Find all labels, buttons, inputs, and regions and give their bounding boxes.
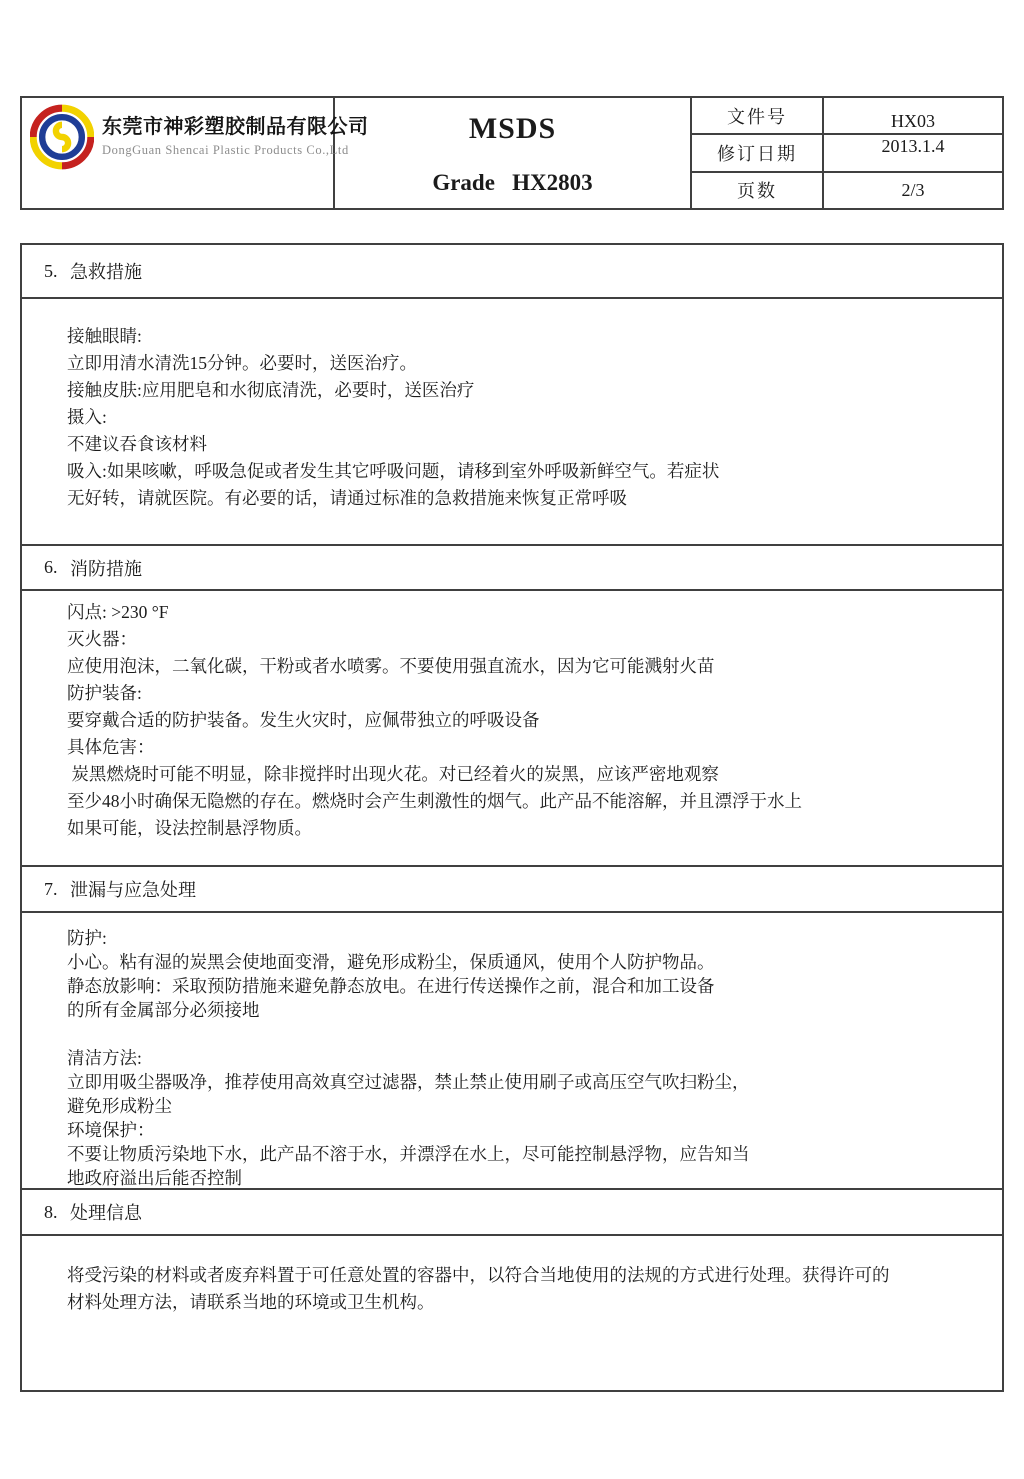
text-line: 吸入:如果咳嗽，呼吸急促或者发生其它呼吸问题，请移到室外呼吸新鲜空气。若症状 [67, 458, 972, 485]
section-title: 急救措施 [70, 258, 142, 284]
text-line: 小心。粘有湿的炭黑会使地面变滑，避免形成粉尘，保质通风，使用个人防护物品。 [67, 950, 972, 974]
company-block: 东莞市神彩塑胶制品有限公司 DongGuan Shencai Plastic P… [22, 98, 335, 208]
meta-row-revision-date: 修订日期 2013.1.4 [692, 133, 1002, 170]
text-line: 不要让物质污染地下水，此产品不溶于水，并漂浮在水上，尽可能控制悬浮物，应告知当 [67, 1142, 972, 1166]
section-first-aid: 5. 急救措施 接触眼睛:立即用清水清洗15分钟。必要时，送医治疗。接触皮肤:应… [20, 243, 1004, 546]
section-number: 6. [44, 557, 70, 578]
meta-table: 文件号 HX03 修订日期 2013.1.4 页数 2/3 [692, 98, 1002, 208]
text-line: 地政府溢出后能否控制 [67, 1166, 972, 1190]
text-line: 环境保护： [67, 1118, 972, 1142]
text-line: 将受污染的材料或者废弃料置于可任意处置的容器中，以符合当地使用的法规的方式进行处… [67, 1262, 972, 1289]
text-line: 清洁方法: [67, 1046, 972, 1070]
sections-container: 5. 急救措施 接触眼睛:立即用清水清洗15分钟。必要时，送医治疗。接触皮肤:应… [20, 243, 1004, 1392]
text-line: 防护: [67, 926, 972, 950]
section-title: 消防措施 [70, 555, 142, 581]
section-leak-emergency-body: 防护:小心。粘有湿的炭黑会使地面变滑，避免形成粉尘，保质通风，使用个人防护物品。… [22, 913, 1002, 1190]
company-name-cn: 东莞市神彩塑胶制品有限公司 [102, 110, 369, 139]
section-first-aid-body: 接触眼睛:立即用清水清洗15分钟。必要时，送医治疗。接触皮肤:应用肥皂和水彻底清… [22, 299, 1002, 512]
text-line: 立即用吸尘器吸净，推荐使用高效真空过滤器，禁止禁止使用刷子或高压空气吹扫粉尘， [67, 1070, 972, 1094]
meta-row-page-count: 页数 2/3 [692, 171, 1002, 208]
section-disposal-info: 8. 处理信息 将受污染的材料或者废弃料置于可任意处置的容器中，以符合当地使用的… [20, 1188, 1004, 1392]
text-line: 立即用清水清洗15分钟。必要时，送医治疗。 [67, 350, 972, 377]
text-line: 材料处理方法，请联系当地的环境或卫生机构。 [67, 1289, 972, 1316]
meta-label-file-no: 文件号 [692, 98, 824, 133]
text-line: 具体危害： [67, 734, 972, 761]
text-line: 避免形成粉尘 [67, 1094, 972, 1118]
company-text: 东莞市神彩塑胶制品有限公司 DongGuan Shencai Plastic P… [102, 104, 369, 158]
document-header: 东莞市神彩塑胶制品有限公司 DongGuan Shencai Plastic P… [20, 96, 1004, 210]
section-leak-emergency: 7. 泄漏与应急处理 防护:小心。粘有湿的炭黑会使地面变滑，避免形成粉尘，保质通… [20, 865, 1004, 1190]
text-line: 接触眼睛: [67, 323, 972, 350]
text-line: 无好转，请就医院。有必要的话，请通过标准的急救措施来恢复正常呼吸 [67, 485, 972, 512]
section-title: 处理信息 [70, 1199, 142, 1225]
text-line: 接触皮肤:应用肥皂和水彻底清洗，必要时，送医治疗 [67, 377, 972, 404]
text-line: 要穿戴合适的防护装备。发生火灾时，应佩带独立的呼吸设备 [67, 707, 972, 734]
text-line: 防护装备: [67, 680, 972, 707]
company-logo-icon [30, 104, 94, 170]
doc-grade: Grade HX2803 [432, 170, 592, 196]
company-name-en: DongGuan Shencai Plastic Products Co.,Lt… [102, 143, 369, 158]
text-line [67, 1022, 972, 1046]
doc-title: MSDS [469, 112, 556, 146]
text-line: 不建议吞食该材料 [67, 431, 972, 458]
text-line: 摄入: [67, 404, 972, 431]
text-line: 灭火器： [67, 626, 972, 653]
text-line: 如果可能，设法控制悬浮物质。 [67, 815, 972, 842]
meta-label-page-count: 页数 [692, 173, 824, 208]
section-disposal-info-body: 将受污染的材料或者废弃料置于可任意处置的容器中，以符合当地使用的法规的方式进行处… [22, 1236, 1002, 1316]
meta-value-page-count: 2/3 [824, 173, 1002, 208]
title-block: MSDS Grade HX2803 [335, 98, 692, 208]
meta-value-file-no: HX03 [824, 98, 1002, 133]
section-fire-fighting-body: 闪点: >230 °F灭火器：应使用泡沫，二氧化碳，干粉或者水喷雾。不要使用强直… [22, 591, 1002, 842]
meta-row-file-no: 文件号 HX03 [692, 98, 1002, 133]
section-title: 泄漏与应急处理 [70, 876, 196, 902]
text-line: 静态放影响：采取预防措施来避免静态放电。在进行传送操作之前，混合和加工设备 [67, 974, 972, 998]
meta-label-revision-date: 修订日期 [692, 135, 824, 170]
section-number: 7. [44, 879, 70, 900]
text-line: 的所有金属部分必须接地 [67, 998, 972, 1022]
text-line: 应使用泡沫，二氧化碳，干粉或者水喷雾。不要使用强直流水，因为它可能溅射火苗 [67, 653, 972, 680]
meta-value-revision-date: 2013.1.4 [824, 135, 1002, 170]
text-line: 炭黑燃烧时可能不明显，除非搅拌时出现火花。对已经着火的炭黑，应该严密地观察 [67, 761, 972, 788]
text-line: 闪点: >230 °F [67, 599, 972, 626]
section-number: 8. [44, 1202, 70, 1223]
section-first-aid-header: 5. 急救措施 [22, 245, 1002, 299]
section-number: 5. [44, 261, 70, 282]
section-leak-emergency-header: 7. 泄漏与应急处理 [22, 867, 1002, 913]
section-disposal-info-header: 8. 处理信息 [22, 1190, 1002, 1236]
section-fire-fighting: 6. 消防措施 闪点: >230 °F灭火器：应使用泡沫，二氧化碳，干粉或者水喷… [20, 544, 1004, 867]
section-fire-fighting-header: 6. 消防措施 [22, 546, 1002, 591]
text-line: 至少48小时确保无隐燃的存在。燃烧时会产生刺激性的烟气。此产品不能溶解，并且漂浮… [67, 788, 972, 815]
msds-page: 东莞市神彩塑胶制品有限公司 DongGuan Shencai Plastic P… [0, 0, 1024, 1479]
